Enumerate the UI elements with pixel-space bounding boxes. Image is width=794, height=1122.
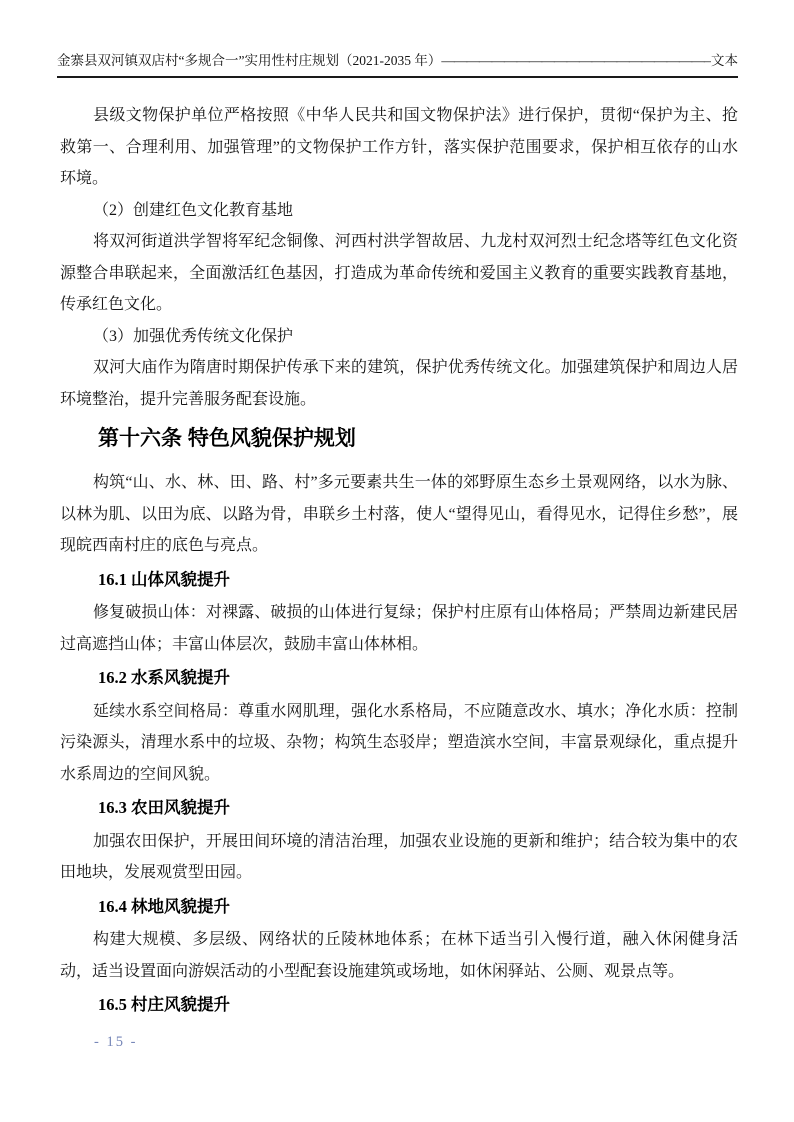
paragraph: 将双河街道洪学智将军纪念铜像、河西村洪学智故居、九龙村双河烈士纪念塔等红色文化资…: [60, 226, 738, 321]
document-page: 金寨县双河镇双店村“多规合一”实用性村庄规划（2021-2035 年） ————…: [0, 0, 794, 1122]
paragraph: 双河大庙作为隋唐时期保护传承下来的建筑，保护优秀传统文化。加强建筑保护和周边人居…: [60, 352, 738, 415]
paragraph: 加强农田保护，开展田间环境的清洁治理，加强农业设施的更新和维护；结合较为集中的农…: [60, 826, 738, 889]
paragraph: （2）创建红色文化教育基地: [60, 195, 738, 227]
header-dash-line: ————————————————————————————————————————: [441, 52, 711, 69]
paragraph: （3）加强优秀传统文化保护: [60, 321, 738, 353]
sub-heading: 16.2 水系风貌提升: [60, 662, 738, 694]
paragraph: 延续水系空间格局：尊重水网肌理，强化水系格局，不应随意改水、填水；净化水质：控制…: [60, 696, 738, 791]
sub-heading: 16.4 林地风貌提升: [60, 891, 738, 923]
header-title: 金寨县双河镇双店村“多规合一”实用性村庄规划（2021-2035 年）: [57, 52, 441, 69]
paragraph: 构建大规模、多层级、网络状的丘陵林地体系；在林下适当引入慢行道，融入休闲健身活动…: [60, 924, 738, 987]
paragraph: 修复破损山体：对裸露、破损的山体进行复绿；保护村庄原有山体格局；严禁周边新建民居…: [60, 597, 738, 660]
sub-heading: 16.1 山体风貌提升: [60, 564, 738, 596]
page-number: - 15 -: [94, 1034, 137, 1051]
header-doc-type-label: 文本: [711, 52, 738, 69]
sub-heading: 16.5 村庄风貌提升: [60, 989, 738, 1021]
paragraph: 县级文物保护单位严格按照《中华人民共和国文物保护法》进行保护，贯彻“保护为主、抢…: [60, 100, 738, 195]
section-heading: 第十六条 特色风貌保护规划: [60, 421, 738, 457]
page-header: 金寨县双河镇双店村“多规合一”实用性村庄规划（2021-2035 年） ————…: [57, 52, 738, 78]
paragraph: 构筑“山、水、林、田、路、村”多元要素共生一体的郊野原生态乡土景观网络，以水为脉…: [60, 467, 738, 562]
sub-heading: 16.3 农田风貌提升: [60, 792, 738, 824]
document-body: 县级文物保护单位严格按照《中华人民共和国文物保护法》进行保护，贯彻“保护为主、抢…: [60, 100, 738, 1023]
